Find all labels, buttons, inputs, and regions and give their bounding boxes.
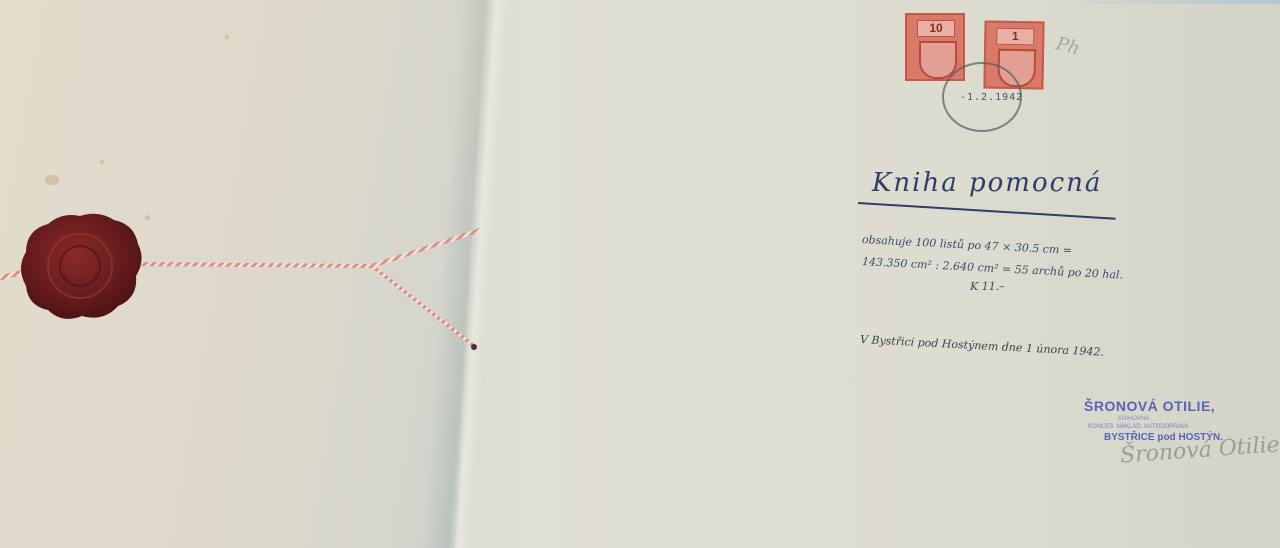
document-title: Kniha pomocná (872, 168, 1102, 198)
foxing-spot (45, 175, 59, 185)
stamp-value: 10 (917, 20, 955, 37)
foxing-spot (100, 160, 104, 164)
content-line-3: K 11.– (970, 280, 1005, 293)
postmark-date: -1.2.1942 (960, 92, 1023, 103)
stamp-value: 1 (996, 28, 1034, 46)
rubber-stamp-subtitle: KNIHOVNA (1118, 416, 1149, 422)
rubber-stamp-subtitle: KONCES. NÁKLAD. AUTODOPRAVA (1088, 424, 1189, 430)
wax-seal-icon (18, 210, 144, 324)
page-edge (1060, 0, 1280, 4)
rubber-stamp-name: ŠRONOVÁ OTILIE, (1084, 398, 1215, 414)
foxing-spot (225, 35, 229, 39)
